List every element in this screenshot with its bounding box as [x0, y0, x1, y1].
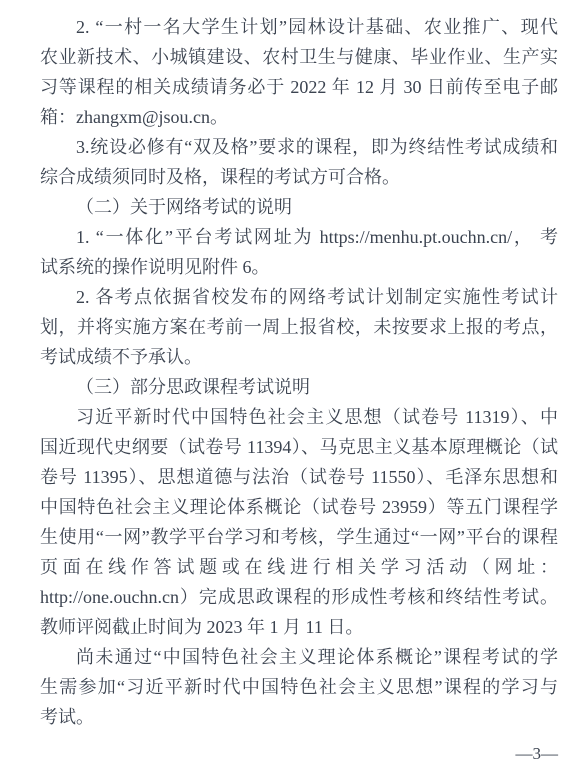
text-line-double-pass-rule-2: 综合成绩须同时及格，课程的考试方可合格。	[40, 162, 558, 192]
text-line-paper-23959: 中国特色社会主义理论体系概论（试卷号 23959）等五门课程学	[40, 492, 558, 522]
page-number: —3—	[516, 743, 559, 765]
text-line-not-passed-students-3: 考试。	[40, 702, 558, 732]
text-line-village-plan-courses: 2. “一村一名大学生计划”园林设计基础、农业推广、现代	[40, 12, 558, 42]
text-line-exam-site-plan-3: 考试成绩不予承认。	[40, 342, 558, 372]
text-line-paper-11395-11550: 卷号 11395）、思想道德与法治（试卷号 11550）、毛泽东思想和	[40, 462, 558, 492]
document-page: 2. “一村一名大学生计划”园林设计基础、农业推广、现代 农业新技术、小城镇建设…	[0, 0, 584, 779]
text-line-course-list: 农业新技术、小城镇建设、农村卫生与健康、毕业作业、生产实	[40, 42, 558, 72]
text-line-review-deadline: 教师评阅截止时间为 2023 年 1 月 11 日。	[40, 612, 558, 642]
text-line-not-passed-students: 尚未通过“中国特色社会主义理论体系概论”课程考试的学	[40, 642, 558, 672]
text-line-exam-site-plan: 2. 各考点依据省校发布的网络考试计划制定实施性考试计	[40, 282, 558, 312]
text-line-attachment-6: 试系统的操作说明见附件 6。	[40, 252, 558, 282]
text-line-paper-11394: 国近现代史纲要（试卷号 11394）、马克思主义基本原理概论（试	[40, 432, 558, 462]
text-line-not-passed-students-2: 生需参加“习近平新时代中国特色社会主义思想”课程的学习与	[40, 672, 558, 702]
document-body: 2. “一村一名大学生计划”园林设计基础、农业推广、现代 农业新技术、小城镇建设…	[40, 12, 558, 732]
text-line-double-pass-rule: 3.统设必修有“双及格”要求的课程，即为终结性考试成绩和	[40, 132, 558, 162]
email-line: 箱：zhangxm@jsou.cn。	[40, 102, 558, 132]
text-line-online-activity: 页面在线作答试题或在线进行相关学习活动（网址：	[40, 552, 558, 582]
study-url-line: http://one.ouchn.cn）完成思政课程的形成性考核和终结性考试。	[40, 582, 558, 612]
section-heading-network-exam: （二）关于网络考试的说明	[40, 192, 558, 222]
exam-url-line: 1. “一体化”平台考试网址为 https://menhu.pt.ouchn.c…	[40, 222, 558, 252]
text-line-score-deadline: 习等课程的相关成绩请务必于 2022 年 12 月 30 日前传至电子邮	[40, 72, 558, 102]
text-line-paper-11319: 习近平新时代中国特色社会主义思想（试卷号 11319）、中	[40, 402, 558, 432]
text-line-yiwang-platform: 生使用“一网”教学平台学习和考核，学生通过“一网”平台的课程	[40, 522, 558, 552]
section-heading-ideology-courses: （三）部分思政课程考试说明	[40, 372, 558, 402]
text-line-exam-site-plan-2: 划，并将实施方案在考前一周上报省校，未按要求上报的考点，	[40, 312, 558, 342]
